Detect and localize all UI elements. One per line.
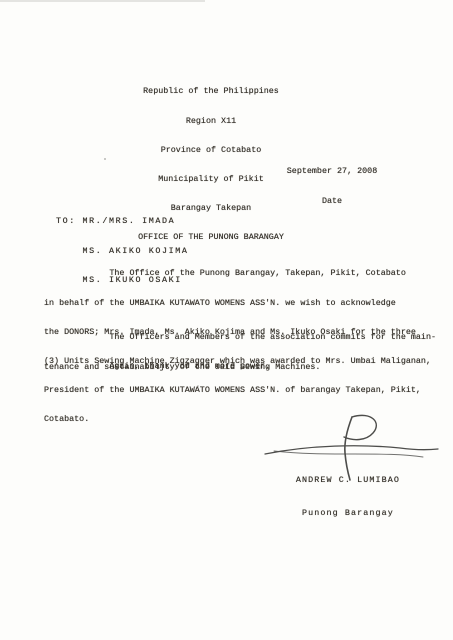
date-value: September 27, 2008 [272,167,392,177]
date-label: Date [272,197,392,207]
body-line: in behalf of the UMBAIKA KUTAWATO WOMENS… [44,299,431,309]
letterhead-line-republic: Republic of the Philippines [81,87,341,97]
signatory-title: Punong Barangay [268,508,428,519]
letterhead-line-region: Region X11 [81,117,341,127]
recipient-line: TO: MR./MRS. IMADA [56,217,189,227]
scan-artifact-top-edge [0,0,205,2]
signatory-name: ANDREW C. LUMIBAO [268,475,428,486]
date-block: September 27, 2008 Date [272,148,392,226]
body-line: The Office of the Punong Barangay, Takep… [44,269,431,279]
letter-page: Republic of the Philippines Region X11 P… [0,0,453,640]
body-paragraph-3: Again, thank you and more power. [44,343,270,392]
body-line: The Officers and Members of the associat… [44,333,436,343]
body-line: Again, thank you and more power. [44,362,270,372]
signature-block: ANDREW C. LUMIBAO Punong Barangay [268,453,428,541]
